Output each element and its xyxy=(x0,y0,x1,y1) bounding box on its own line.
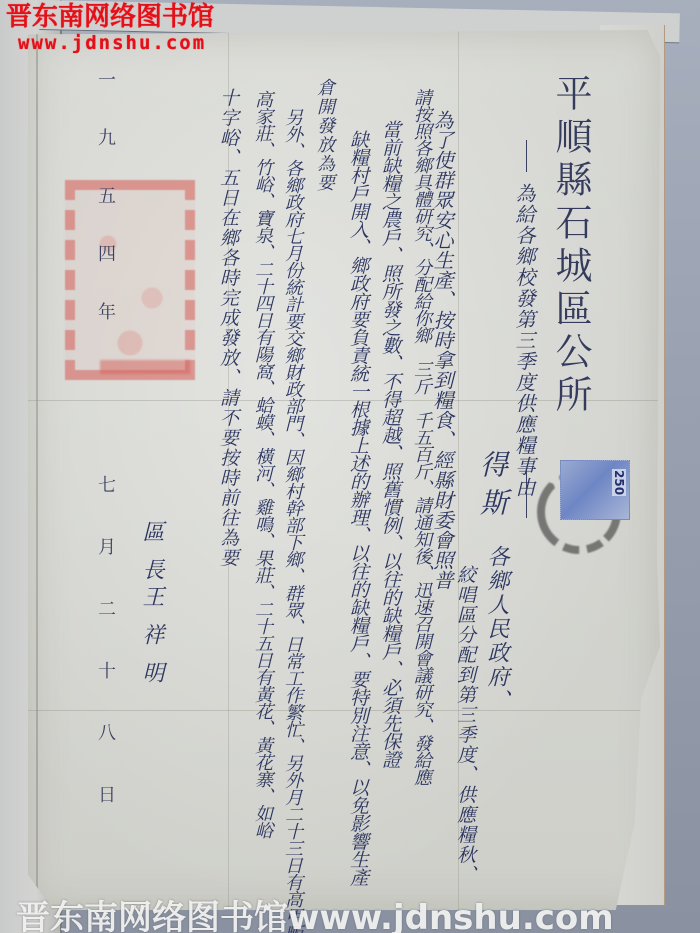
body-column-6: 倉開發放為要 xyxy=(315,78,333,192)
date-year: 一九五四年 xyxy=(96,70,114,360)
subtitle-rule-top xyxy=(526,140,527,172)
body-column-3: 請按照各鄉具體研究、分配給你鄉 三斤 千五百斤、請通知後、迅速召開會議研究、發給… xyxy=(412,88,430,785)
postage-stamp: 250 xyxy=(560,460,630,520)
document-title: 平順縣石城區公所 xyxy=(552,74,589,418)
red-official-seal xyxy=(65,180,195,380)
body-column-5: 缺糧村戶開入、鄉政府要負責統一根據上述的辦理、以往的缺糧戶、要特別注意、以免影響… xyxy=(348,130,367,886)
watermark-top-cn: 晋东南网络图书馆 xyxy=(6,2,214,32)
watermark-top-url: www.jdnshu.com xyxy=(6,32,214,54)
body-column-1: 絞唱區分配到第三季度、供應糧秋、 xyxy=(455,565,474,885)
watermark-top: 晋东南网络图书馆 www.jdnshu.com xyxy=(6,2,214,54)
body-column-4: 當前缺糧之農戶、照所發之數、不得超越、照舊慣例、以往的缺糧戶、必須先保證 xyxy=(380,120,399,768)
addressee-label: 得斯 xyxy=(478,450,506,526)
addressee: 各鄉人民政府、 xyxy=(485,545,507,713)
fold-line-horizontal xyxy=(28,710,660,711)
body-column-2: 為了使群眾安心生產、按時拿到糧食、經縣財委會照普 xyxy=(432,110,452,590)
body-column-7: 另外、各鄉政府七月份統計要交鄉財政部門、因鄉村幹部下鄉、群眾、日常工作繁忙、另外… xyxy=(283,108,301,933)
document-subject: 為給各鄉校發第三季度供應糧事由 xyxy=(514,183,534,498)
stamp-value: 250 xyxy=(612,469,626,496)
body-column-8: 高家莊、竹峪、寶泉、二十四日有陽窩、蛤蟆、橫河、雞鳴、果莊、二十五日有黃花、黃花… xyxy=(253,90,271,838)
signature-name: 王祥明 xyxy=(140,585,162,699)
date-month-day: 七月二十八日 xyxy=(96,475,114,847)
margin-line xyxy=(36,30,38,910)
body-column-9: 十字峪、五日在鄉各時完成發放、請不要按時前往為要 xyxy=(218,88,237,568)
subtitle-rule-bottom xyxy=(526,470,527,518)
seal-smudge xyxy=(100,360,190,374)
watermark-bottom: 晋东南网络图书馆www.jdnshu.com xyxy=(16,890,614,933)
